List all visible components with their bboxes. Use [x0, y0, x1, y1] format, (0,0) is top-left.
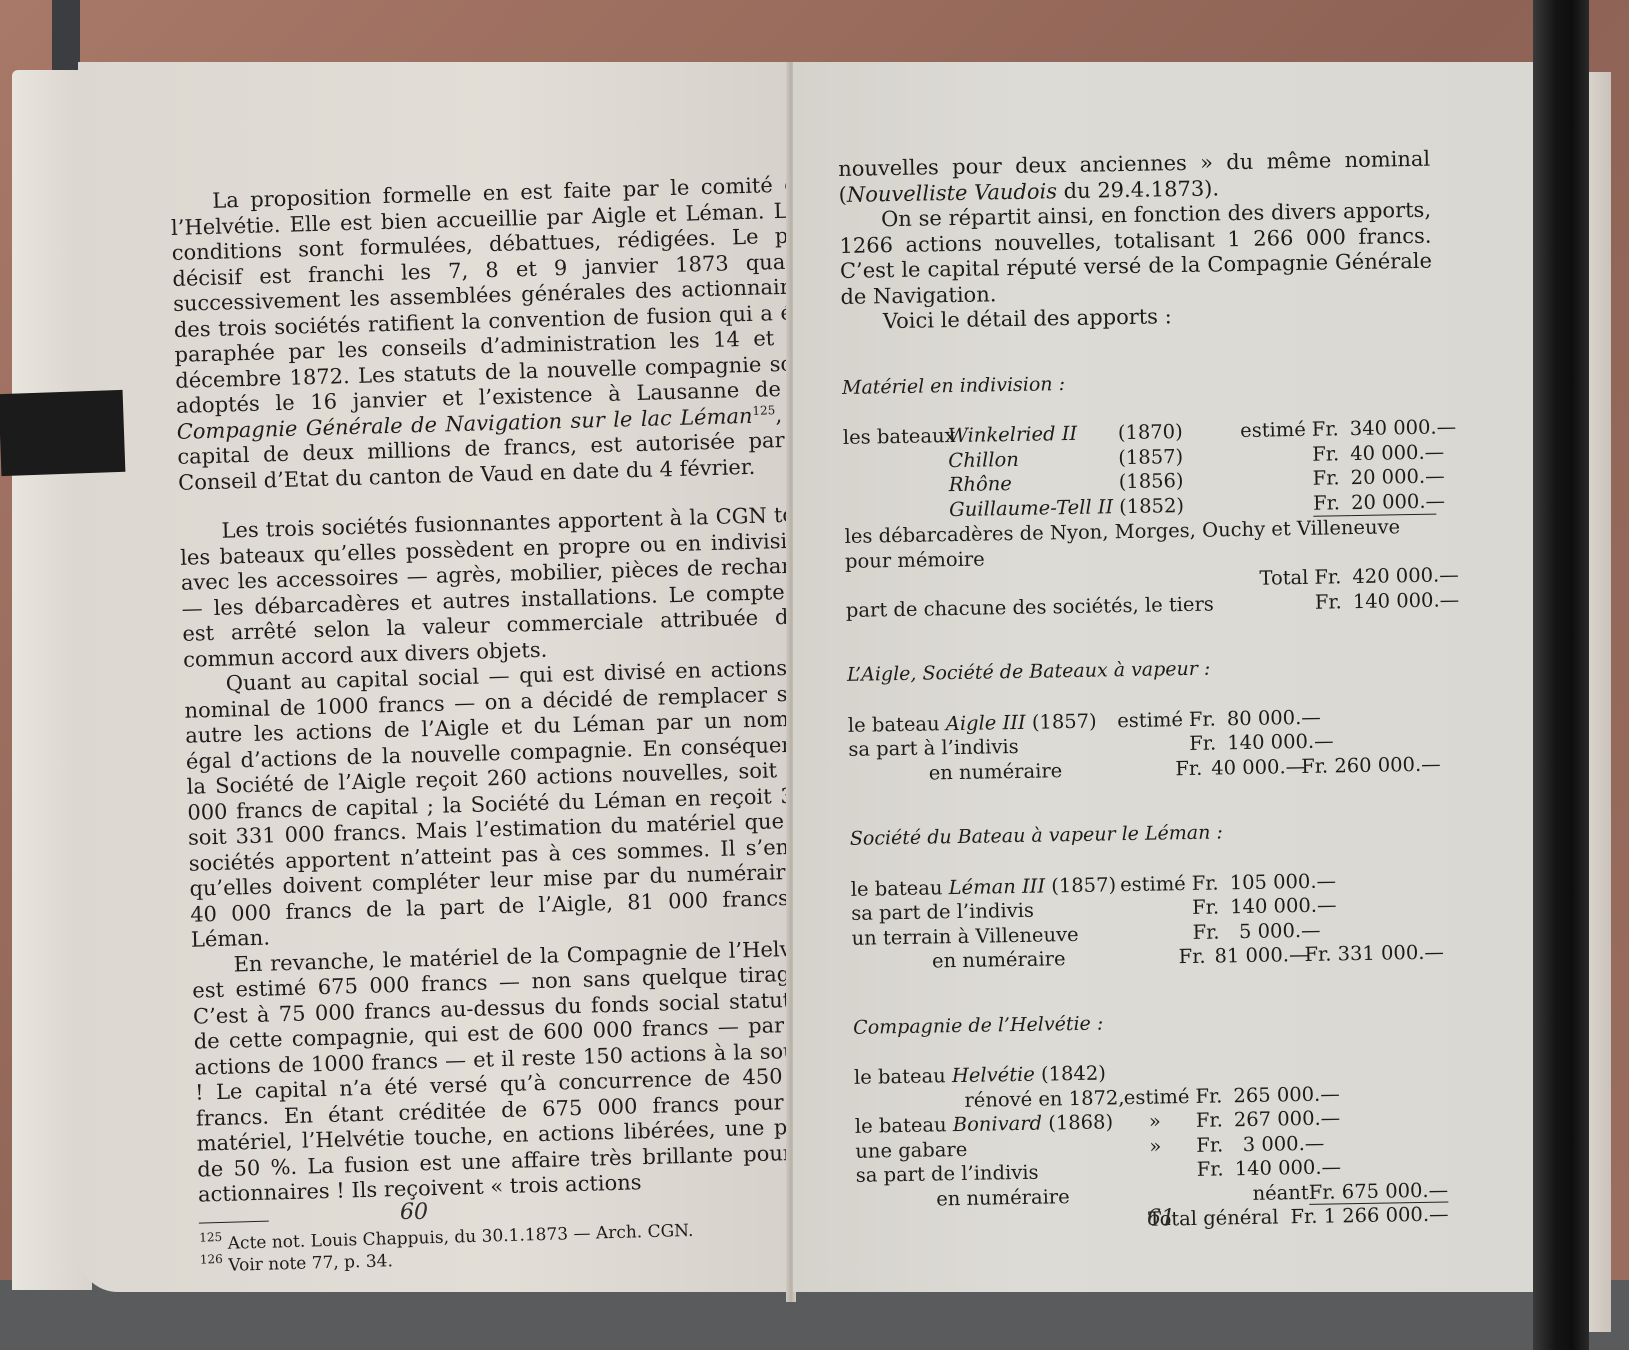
- amount: 3 000.—: [1234, 1131, 1324, 1157]
- boat-name: Léman III: [948, 874, 1045, 899]
- estime-label: estimé: [1113, 707, 1189, 733]
- paragraph-1-text: La proposition formelle en est faite par…: [171, 172, 816, 418]
- currency: Fr.: [1192, 895, 1230, 920]
- page-number-left: 60: [400, 1200, 428, 1225]
- left-page-body: La proposition formelle en est faite par…: [170, 172, 840, 1277]
- subtotal-wrap: Fr. 675 000.—: [1308, 1178, 1448, 1205]
- estime-label: estimé: [1119, 1084, 1195, 1110]
- subtotal: [1317, 728, 1440, 755]
- subtotal: [1317, 703, 1440, 730]
- amount: 140 000.—: [1235, 1156, 1325, 1182]
- amount: 20 000.—: [1350, 465, 1435, 491]
- boat-year: (1868): [1042, 1110, 1113, 1134]
- boat-year: (1857): [1045, 873, 1116, 897]
- boat-year: (1856): [1119, 468, 1219, 494]
- estime-label: [1116, 896, 1192, 922]
- footnote-text: Voir note 77, p. 34.: [228, 1251, 393, 1276]
- amount: 40 000.—: [1211, 755, 1301, 781]
- currency: Fr.: [1195, 1084, 1233, 1109]
- footnote-divider: [199, 1220, 269, 1223]
- left-page: La proposition formelle en est faite par…: [78, 62, 790, 1292]
- currency: Fr.: [1197, 1157, 1235, 1182]
- subtotal: [1325, 1154, 1448, 1181]
- page-stack-right: [1589, 72, 1611, 1332]
- amount: 267 000.—: [1234, 1107, 1324, 1133]
- amount: 140 000.—: [1227, 730, 1317, 756]
- currency: Fr.: [1313, 491, 1351, 517]
- boat-year: (1857): [1025, 709, 1096, 733]
- paragraph-1: La proposition formelle en est faite par…: [170, 172, 818, 496]
- estime-label: [1113, 732, 1189, 758]
- bookmark-clip: [0, 390, 125, 476]
- estime-label: [1103, 757, 1175, 783]
- currency: Fr.: [1312, 442, 1350, 467]
- subtotal: [1324, 1129, 1447, 1156]
- intro-paragraph-2: On se répartit ainsi, en fonction des di…: [839, 198, 1433, 310]
- boat-year: (1852): [1119, 493, 1219, 520]
- amount: 265 000.—: [1233, 1082, 1323, 1108]
- estime-label: [1218, 467, 1312, 493]
- row-desc: [843, 449, 948, 475]
- amount: 140 000.—: [1230, 894, 1320, 920]
- book-strap: [1533, 0, 1589, 1350]
- currency: Fr.: [1175, 756, 1211, 781]
- share-amount: 140 000.—: [1353, 588, 1438, 614]
- row-label: en numéraire: [852, 946, 1107, 975]
- estime-label: [1116, 920, 1192, 946]
- intro-tail: du 29.4.1873).: [1057, 176, 1219, 203]
- boat-year: (1857): [1118, 444, 1218, 470]
- estime-label: [1121, 1158, 1197, 1184]
- footnote-number: 125: [199, 1229, 222, 1244]
- subtotal: [1320, 892, 1443, 919]
- section-title: L’Aigle, Société de Bateaux à vapeur :: [847, 653, 1439, 688]
- boat-name: Chillon: [948, 446, 1118, 473]
- currency: Fr.: [1192, 920, 1230, 945]
- currency: Fr.: [1189, 707, 1227, 732]
- amount: 5 000.—: [1230, 918, 1320, 944]
- page-number-right: 61: [1147, 1206, 1175, 1231]
- estime-label: [1218, 442, 1312, 468]
- section-title: Matériel en indivision :: [842, 365, 1434, 400]
- footnote-number: 126: [200, 1251, 223, 1266]
- footnotes: 125 Acte not. Louis Chappuis, du 30.1.18…: [199, 1215, 840, 1277]
- estime-label: estimé: [1218, 418, 1312, 444]
- paragraph-4: En revanche, le matériel de la Compagnie…: [191, 935, 838, 1208]
- row-desc: [844, 473, 949, 499]
- amount: 80 000.—: [1227, 705, 1317, 731]
- ditto-mark: »: [1120, 1133, 1196, 1159]
- amount-neant: néant: [1222, 1180, 1309, 1206]
- currency: Fr.: [1312, 417, 1350, 442]
- grand-total-amount: Fr. 1 266 000.—: [1290, 1203, 1448, 1230]
- section-title: Compagnie de l’Helvétie :: [853, 1005, 1445, 1040]
- section-helvetie: Compagnie de l’Helvétie : le bateau Helv…: [853, 1005, 1449, 1237]
- right-page: nouvelles pour deux anciennes » du même …: [793, 62, 1535, 1292]
- amount: 81 000.—: [1214, 943, 1304, 969]
- subtotal: [1323, 1080, 1446, 1107]
- currency: Fr.: [1314, 565, 1352, 590]
- background-strip: [52, 0, 80, 70]
- section-title: Société du Bateau à vapeur le Léman :: [850, 817, 1442, 852]
- boat-name: Bonivard: [953, 1112, 1043, 1137]
- row-desc: les bateaux: [843, 424, 948, 450]
- subtotal: Fr. 675 000.—: [1308, 1178, 1448, 1204]
- boat-name: Winkelried II: [948, 421, 1118, 448]
- currency: Fr.: [1178, 945, 1214, 970]
- subtotal: [1320, 867, 1443, 894]
- boat-year: (1842): [1035, 1061, 1106, 1085]
- boat-name: Helvétie: [952, 1063, 1035, 1087]
- row-text: le bateau: [855, 1113, 953, 1138]
- currency: [1186, 1182, 1223, 1207]
- row-text: le bateau: [854, 1064, 952, 1089]
- boat-year: (1870): [1118, 419, 1218, 445]
- ditto-mark: »: [1120, 1109, 1196, 1135]
- amount: 40 000.—: [1350, 440, 1435, 466]
- row-text: le bateau: [851, 876, 949, 901]
- right-page-body: nouvelles pour deux anciennes » du même …: [838, 147, 1449, 1238]
- currency: Fr.: [1315, 590, 1353, 615]
- estime-label: [1113, 1183, 1186, 1209]
- subtotal: [1324, 1105, 1447, 1132]
- total-amount: 420 000.—: [1352, 564, 1437, 590]
- row-desc: [844, 498, 949, 525]
- paragraph-3: Quant au capital social — qui est divisé…: [183, 655, 831, 953]
- amount: 20 000.—: [1351, 489, 1436, 516]
- boat-name: Rhône: [949, 470, 1119, 497]
- subtotal: Fr. 260 000.—: [1301, 752, 1441, 779]
- currency: Fr.: [1189, 731, 1227, 756]
- row-label: en numéraire: [849, 758, 1104, 787]
- subtotal: [1320, 916, 1443, 943]
- currency: Fr.: [1192, 871, 1230, 896]
- boat-name: Aigle III: [946, 710, 1026, 734]
- estime-label: [1106, 945, 1178, 971]
- amount: 340 000.—: [1350, 416, 1435, 442]
- section-aigle: L’Aigle, Société de Bateaux à vapeur : l…: [847, 653, 1441, 787]
- currency: Fr.: [1196, 1133, 1234, 1158]
- newspaper-title: Nouvelliste Vaudois: [847, 179, 1058, 207]
- estime-label: [1219, 491, 1313, 518]
- subtotal: Fr. 331 000.—: [1304, 941, 1444, 968]
- footnote-ref-125[interactable]: 125: [752, 403, 775, 418]
- estime-label: estimé: [1116, 871, 1192, 897]
- boat-name: Guillaume-Tell II: [949, 495, 1119, 523]
- section-leman: Société du Bateau à vapeur le Léman : le…: [850, 817, 1445, 976]
- amount: 105 000.—: [1230, 869, 1320, 895]
- currency: Fr.: [1312, 466, 1350, 491]
- paragraph-2: Les trois sociétés fusionnantes apporten…: [179, 502, 823, 673]
- section-indivision: Matériel en indivision : les bateaux Win…: [842, 365, 1438, 623]
- currency: Fr.: [1196, 1108, 1234, 1133]
- row-text: le bateau: [848, 712, 946, 737]
